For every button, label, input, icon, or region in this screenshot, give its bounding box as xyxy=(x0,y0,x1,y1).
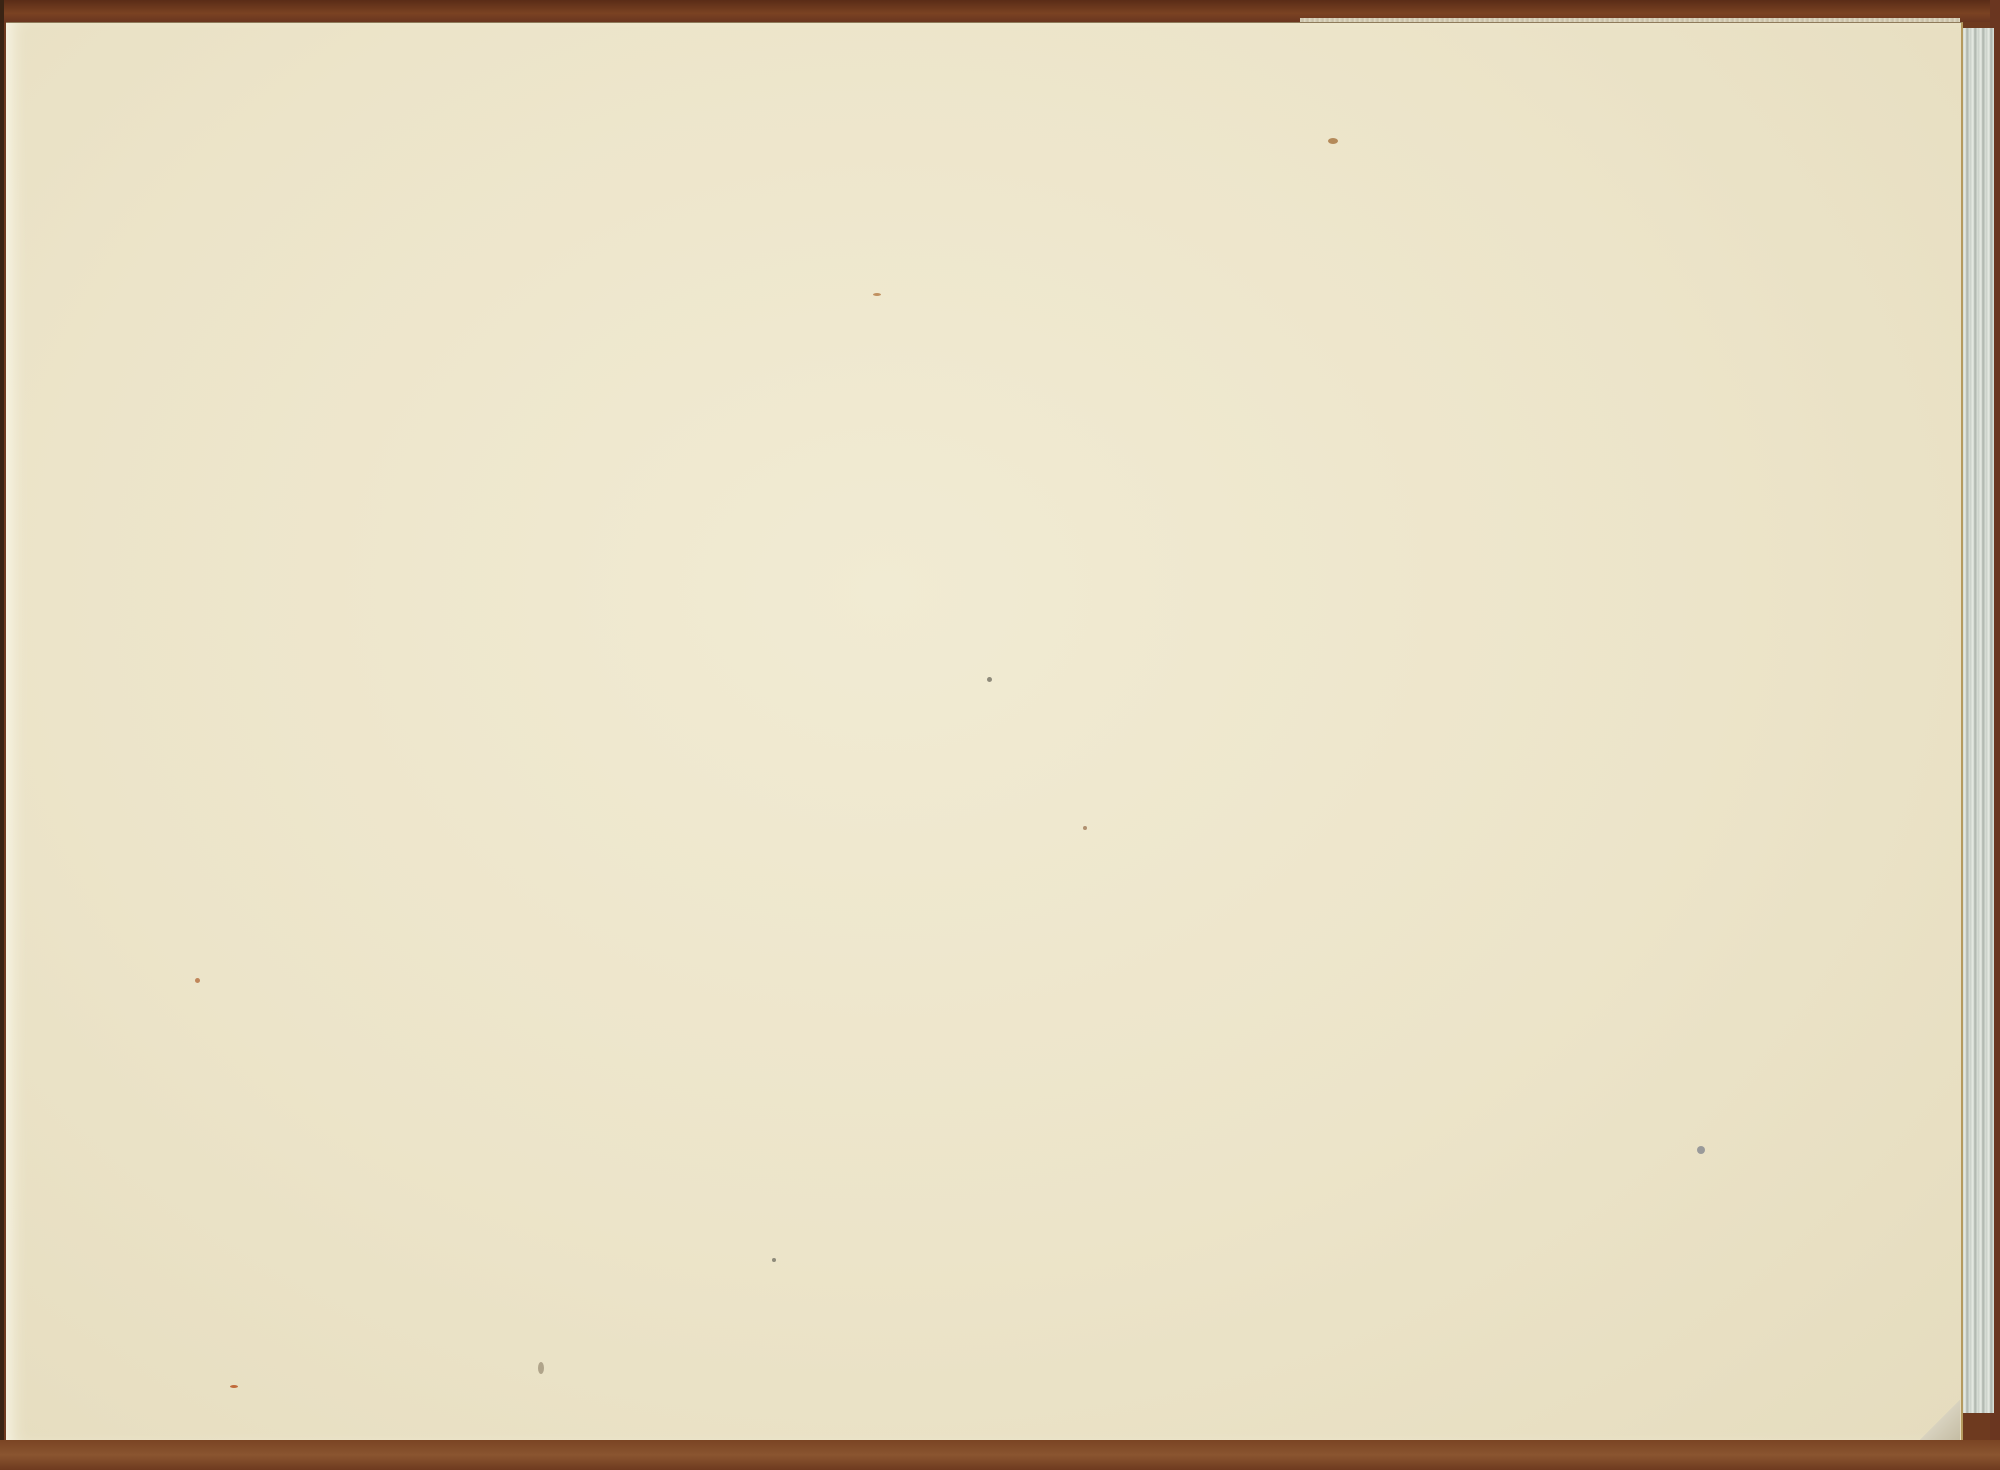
binding-left xyxy=(0,0,4,1470)
binding-bottom xyxy=(0,1440,2000,1470)
page-edges-right xyxy=(1960,28,1994,1413)
paper-speck xyxy=(1697,1146,1705,1154)
paper-speck xyxy=(772,1258,776,1262)
paper-speck xyxy=(195,978,200,983)
scanned-album-spread xyxy=(0,0,2000,1470)
paper-speck xyxy=(987,677,992,682)
page-corner-curl xyxy=(1920,1400,1960,1440)
paper-speck xyxy=(1328,138,1338,144)
paper-speck xyxy=(230,1385,238,1388)
paper-speck xyxy=(873,293,881,296)
paper-speck xyxy=(1083,826,1087,830)
blank-page xyxy=(6,22,1963,1443)
paper-speck xyxy=(538,1362,544,1374)
